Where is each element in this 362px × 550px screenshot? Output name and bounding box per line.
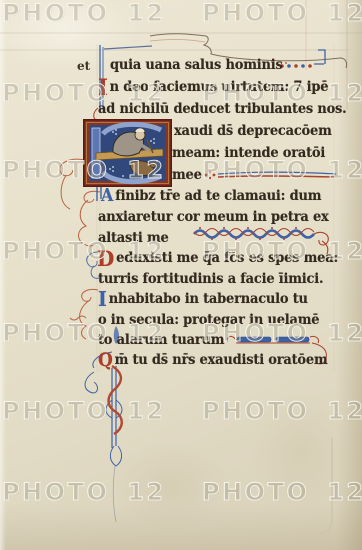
watermark-text: PHOTO 12: [202, 157, 362, 183]
watermark-text: PHOTO 12: [202, 238, 362, 264]
watermark-text: PHOTO 12: [202, 479, 362, 505]
watermark-text: PHOTO 12: [2, 320, 166, 346]
watermark-text: PHOTO 12: [202, 80, 362, 106]
text-line-11: turris fortitudinis a facie īimici.: [98, 271, 323, 288]
text-line-1: quia uana salus hominis: [110, 57, 283, 74]
watermark-text: PHOTO 12: [2, 80, 166, 106]
text-line-8: anxiaretur cor meum in petra ex: [98, 209, 329, 226]
watermark-text: PHOTO 12: [202, 0, 362, 26]
watermark-text: PHOTO 12: [2, 398, 166, 424]
line-filler-dots: [280, 50, 325, 68]
text-line-6: mee: [172, 167, 202, 184]
text-line-15: Qm̄ tu ds̄ nr̄s exaudisti oratōem: [98, 352, 328, 369]
watermark-text: PHOTO 12: [202, 398, 362, 424]
watermark-text: PHOTO 12: [2, 157, 166, 183]
watermark-text: PHOTO 12: [202, 320, 362, 346]
decorated-initial: A: [101, 189, 113, 202]
watermark-text: PHOTO 12: [2, 238, 166, 264]
text-line-4: xaudi ds̄ deprecacōem: [174, 123, 332, 140]
text-line-7: Afinibz tr̄e ad te clamaui: dum: [101, 188, 321, 205]
decorated-initial: I: [98, 293, 107, 306]
text-line-12: Inhabitabo in tabernaculo tu: [98, 291, 308, 308]
decorated-initial: Q: [98, 354, 113, 367]
manuscript-photo: et quia uana salus hominis In deo faciem…: [0, 0, 362, 550]
watermark-text: PHOTO 12: [2, 479, 166, 505]
watermark-text: PHOTO 12: [2, 0, 166, 26]
catchword: et: [77, 59, 90, 73]
parchment-edge-shadow: [0, 504, 362, 550]
